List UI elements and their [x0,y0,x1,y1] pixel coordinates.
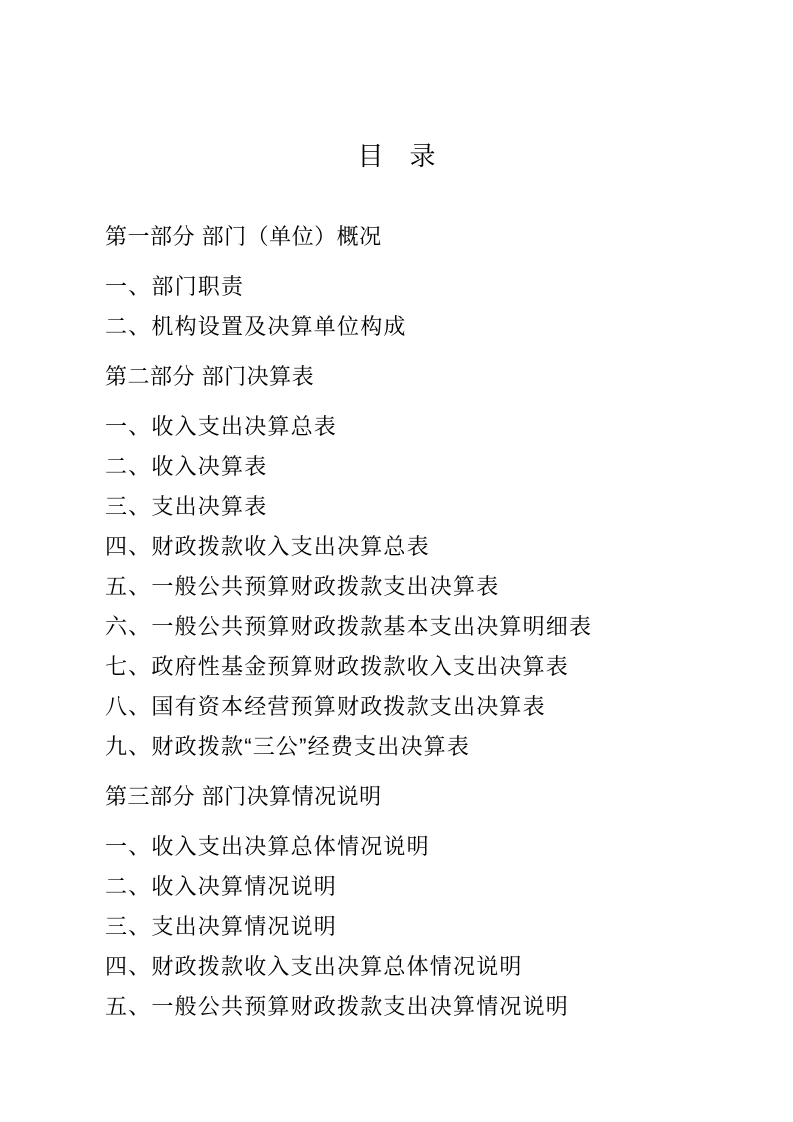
toc-item: 四、财政拨款收入支出决算总表 [105,527,753,567]
toc-item: 五、一般公共预算财政拨款支出决算情况说明 [105,987,753,1027]
toc-item: 七、政府性基金预算财政拨款收入支出决算表 [105,647,753,687]
toc-item: 四、财政拨款收入支出决算总体情况说明 [105,947,753,987]
toc-item: 二、机构设置及决算单位构成 [105,307,753,347]
table-of-contents: 第一部分 部门（单位）概况 一、部门职责 二、机构设置及决算单位构成 第二部分 … [105,217,753,1027]
toc-part-heading-1: 第一部分 部门（单位）概况 [105,217,753,257]
toc-item: 八、国有资本经营预算财政拨款支出决算表 [105,687,753,727]
toc-item: 六、一般公共预算财政拨款基本支出决算明细表 [105,607,753,647]
toc-item: 五、一般公共预算财政拨款支出决算表 [105,567,753,607]
page-title: 目 录 [0,136,793,176]
toc-item: 二、收入决算情况说明 [105,867,753,907]
toc-part-heading-3: 第三部分 部门决算情况说明 [105,777,753,817]
toc-item: 九、财政拨款“三公”经费支出决算表 [105,727,753,767]
toc-item: 二、收入决算表 [105,447,753,487]
toc-part-heading-2: 第二部分 部门决算表 [105,357,753,397]
toc-item: 三、支出决算表 [105,487,753,527]
toc-item: 三、支出决算情况说明 [105,907,753,947]
toc-item: 一、收入支出决算总表 [105,407,753,447]
document-page: 目 录 第一部分 部门（单位）概况 一、部门职责 二、机构设置及决算单位构成 第… [0,0,793,1122]
toc-item: 一、部门职责 [105,267,753,307]
toc-item: 一、收入支出决算总体情况说明 [105,827,753,867]
